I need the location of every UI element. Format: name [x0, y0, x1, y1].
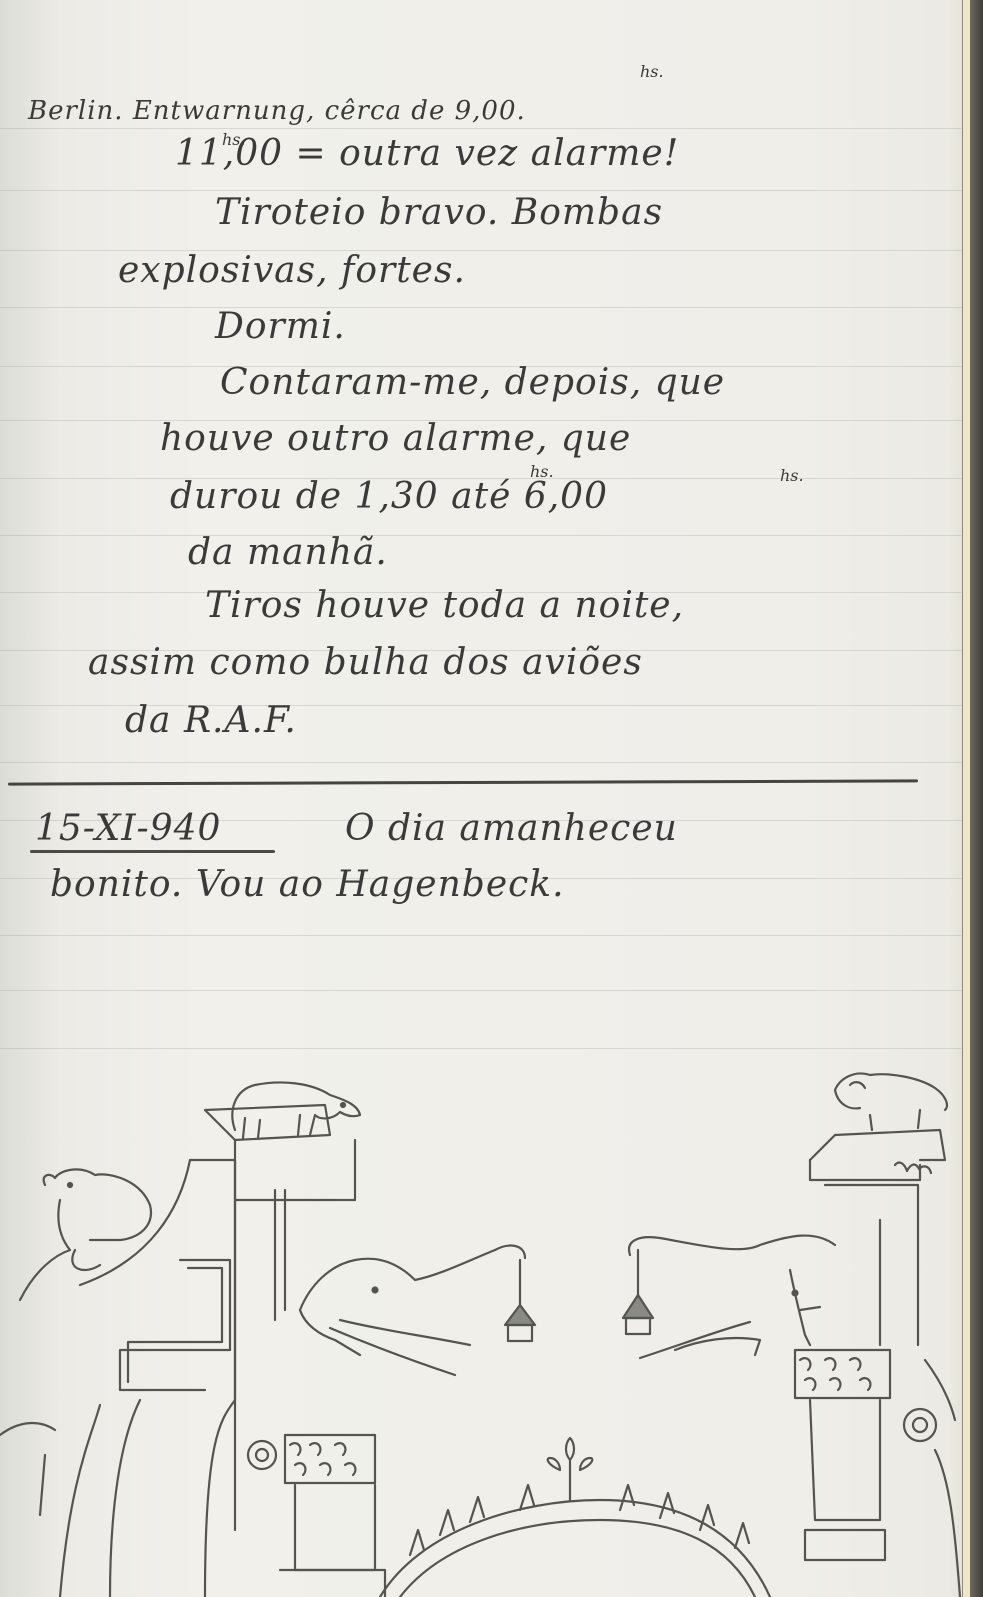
handwritten-line: O dia amanheceu [345, 808, 678, 849]
ruled-line [0, 535, 962, 536]
ruled-line [0, 762, 962, 763]
handwritten-line: Contaram-me, depois, que [220, 362, 725, 403]
handwritten-line: Tiros houve toda a noite, [205, 585, 684, 626]
ornamental-arch [380, 1438, 770, 1597]
right-gate-pillar [795, 1130, 960, 1597]
superscript-hours: hs. [530, 462, 554, 481]
ruled-line [0, 990, 962, 991]
hagenbeck-gate-sketch [0, 1060, 962, 1597]
diary-page: Berlin. Entwarnung, cêrca de 9,00. hs. 1… [0, 0, 962, 1597]
ruled-line [0, 307, 962, 308]
handwritten-line: Tiroteio bravo. Bombas [215, 192, 663, 233]
left-gate-pillar [0, 1105, 385, 1597]
entry-separator-line [8, 779, 918, 785]
handwritten-line: bonito. Vou ao Hagenbeck. [50, 864, 565, 905]
superscript-hours: hs. [640, 62, 664, 81]
seated-animal-icon [20, 1169, 151, 1300]
handwritten-line: explosivas, fortes. [118, 250, 466, 291]
lantern-left-icon [505, 1260, 535, 1341]
ruled-line [0, 190, 962, 191]
ruled-line [0, 1048, 962, 1049]
entry-date: 15-XI-940 [35, 808, 221, 849]
lion-icon [835, 1073, 947, 1130]
lantern-right-icon [623, 1250, 653, 1334]
book-binding [970, 0, 983, 1597]
ruled-line [0, 935, 962, 936]
handwritten-line: assim como bulha dos aviões [88, 642, 643, 683]
polar-bear-icon [232, 1082, 360, 1138]
ruled-line [0, 128, 962, 129]
elephant-head-left-icon [300, 1246, 525, 1375]
handwritten-line: 11,00 = outra vez alarme! [175, 133, 679, 174]
handwritten-line: da manhã. [188, 532, 388, 573]
handwritten-line: durou de 1,30 até 6,00 [170, 476, 608, 517]
handwritten-line: Berlin. Entwarnung, cêrca de 9,00. [28, 96, 526, 126]
date-underline [30, 850, 275, 853]
handwritten-line: da R.A.F. [125, 700, 297, 741]
handwritten-line: Dormi. [215, 306, 346, 347]
superscript-hours: hs. [780, 466, 804, 485]
elephant-head-right-icon [629, 1236, 835, 1358]
handwritten-line: houve outro alarme, que [160, 418, 631, 459]
superscript-hours: hs. [222, 130, 246, 149]
